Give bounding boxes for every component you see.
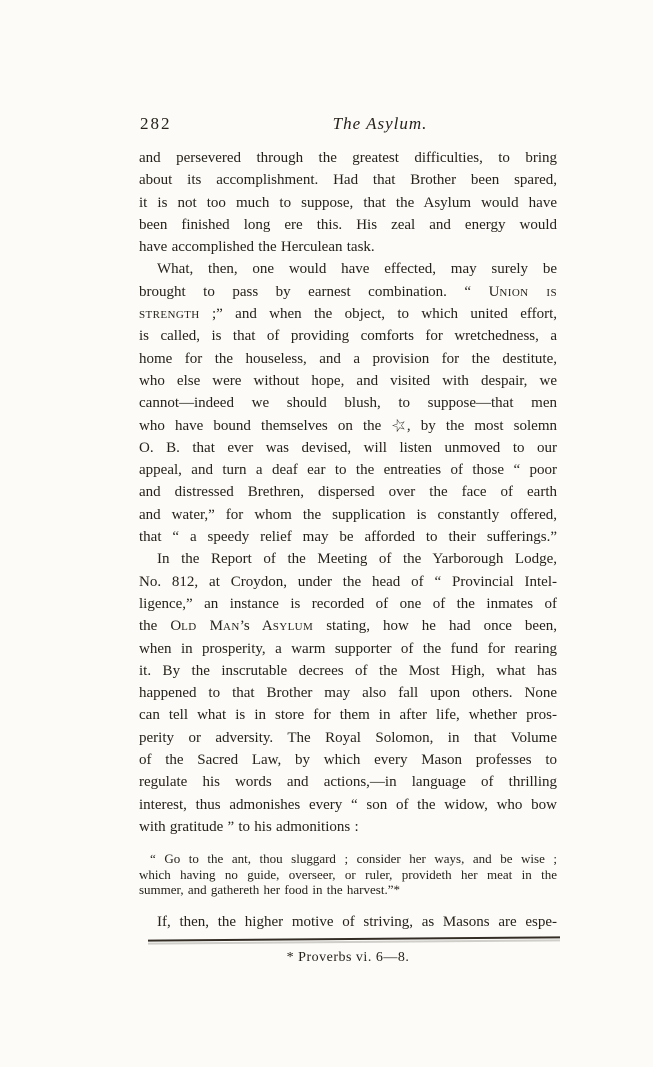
footnote-rule xyxy=(148,936,560,941)
body-text: and persevered through the greatest diff… xyxy=(139,147,557,933)
paragraph: If, then, the higher motive of striving,… xyxy=(139,911,557,933)
paragraph: “ Go to the ant, thou sluggard ; conside… xyxy=(139,851,557,898)
text-line: and persevered through the greatest diff… xyxy=(139,147,557,169)
text-line: No. 812, at Croydon, under the head of “… xyxy=(139,571,557,593)
text-line: happened to that Brother may also fall u… xyxy=(139,682,557,704)
text-line: What, then, one would have effected, may… xyxy=(139,258,557,280)
text-line: of the Sacred Law, by which every Mason … xyxy=(139,749,557,771)
text-line: home for the houseless, and a provision … xyxy=(139,348,557,370)
text-line: and distressed Brethren, dispersed over … xyxy=(139,481,557,503)
text-line: brought to pass by earnest combination. … xyxy=(139,281,557,303)
text-line: and water,” for whom the supplication is… xyxy=(139,504,557,526)
text-line: who have bound themselves on the ☆, by t… xyxy=(139,415,557,437)
text-line: with gratitude ” to his admonitions : xyxy=(139,816,557,838)
text-line: which having no guide, overseer, or rule… xyxy=(139,867,557,883)
text-line: interest, thus admonishes every “ son of… xyxy=(139,794,557,816)
text-line: been finished long ere this. His zeal an… xyxy=(139,214,557,236)
text-line: can tell what is in store for them in af… xyxy=(139,704,557,726)
page-header: 282 The Asylum. xyxy=(139,114,557,138)
text-line: regulate his words and actions,—in langu… xyxy=(139,771,557,793)
text-line: In the Report of the Meeting of the Yarb… xyxy=(139,548,557,570)
text-line: it is not too much to suppose, that the … xyxy=(139,192,557,214)
book-page: 282 The Asylum. and persevered through t… xyxy=(0,0,653,1067)
text-line: the Old Man’s Asylum stating, how he had… xyxy=(139,615,557,637)
text-line: appeal, and turn a deaf ear to the entre… xyxy=(139,459,557,481)
small-caps-text: an xyxy=(223,618,240,634)
footnote-text: * Proverbs vi. 6—8. xyxy=(139,950,557,966)
running-title: The Asylum. xyxy=(203,114,557,134)
text-line: O. B. that ever was devised, will listen… xyxy=(139,437,557,459)
text-line: perity or adversity. The Royal Solomon, … xyxy=(139,727,557,749)
paragraph: and persevered through the greatest diff… xyxy=(139,147,557,258)
text-line: when in prosperity, a warm supporter of … xyxy=(139,638,557,660)
text-line: If, then, the higher motive of striving,… xyxy=(139,911,557,933)
text-line: have accomplished the Herculean task. xyxy=(139,236,557,258)
text-line: “ Go to the ant, thou sluggard ; conside… xyxy=(139,851,557,867)
text-line: strength ;” and when the object, to whic… xyxy=(139,303,557,325)
small-caps-text: sylum xyxy=(273,618,314,634)
text-line: who else were without hope, and visited … xyxy=(139,370,557,392)
pentalpha-star-icon: ☆ xyxy=(389,415,409,436)
paragraph: In the Report of the Meeting of the Yarb… xyxy=(139,548,557,838)
text-line: that “ a speedy relief may be afforded t… xyxy=(139,526,557,548)
text-line: summer, and gathereth her food in the ha… xyxy=(139,882,557,898)
small-caps-text: strength xyxy=(139,306,200,322)
text-line: ligence,” an instance is recorded of one… xyxy=(139,593,557,615)
text-line: it. By the inscrutable decrees of the Mo… xyxy=(139,660,557,682)
page-number: 282 xyxy=(140,114,172,134)
paragraph: What, then, one would have effected, may… xyxy=(139,258,557,548)
text-line: cannot—indeed we should blush, to suppos… xyxy=(139,392,557,414)
text-line: about its accomplishment. Had that Broth… xyxy=(139,169,557,191)
small-caps-text: nion is xyxy=(499,284,557,300)
text-line: is called, is that of providing comforts… xyxy=(139,325,557,347)
small-caps-text: ld xyxy=(181,618,196,634)
